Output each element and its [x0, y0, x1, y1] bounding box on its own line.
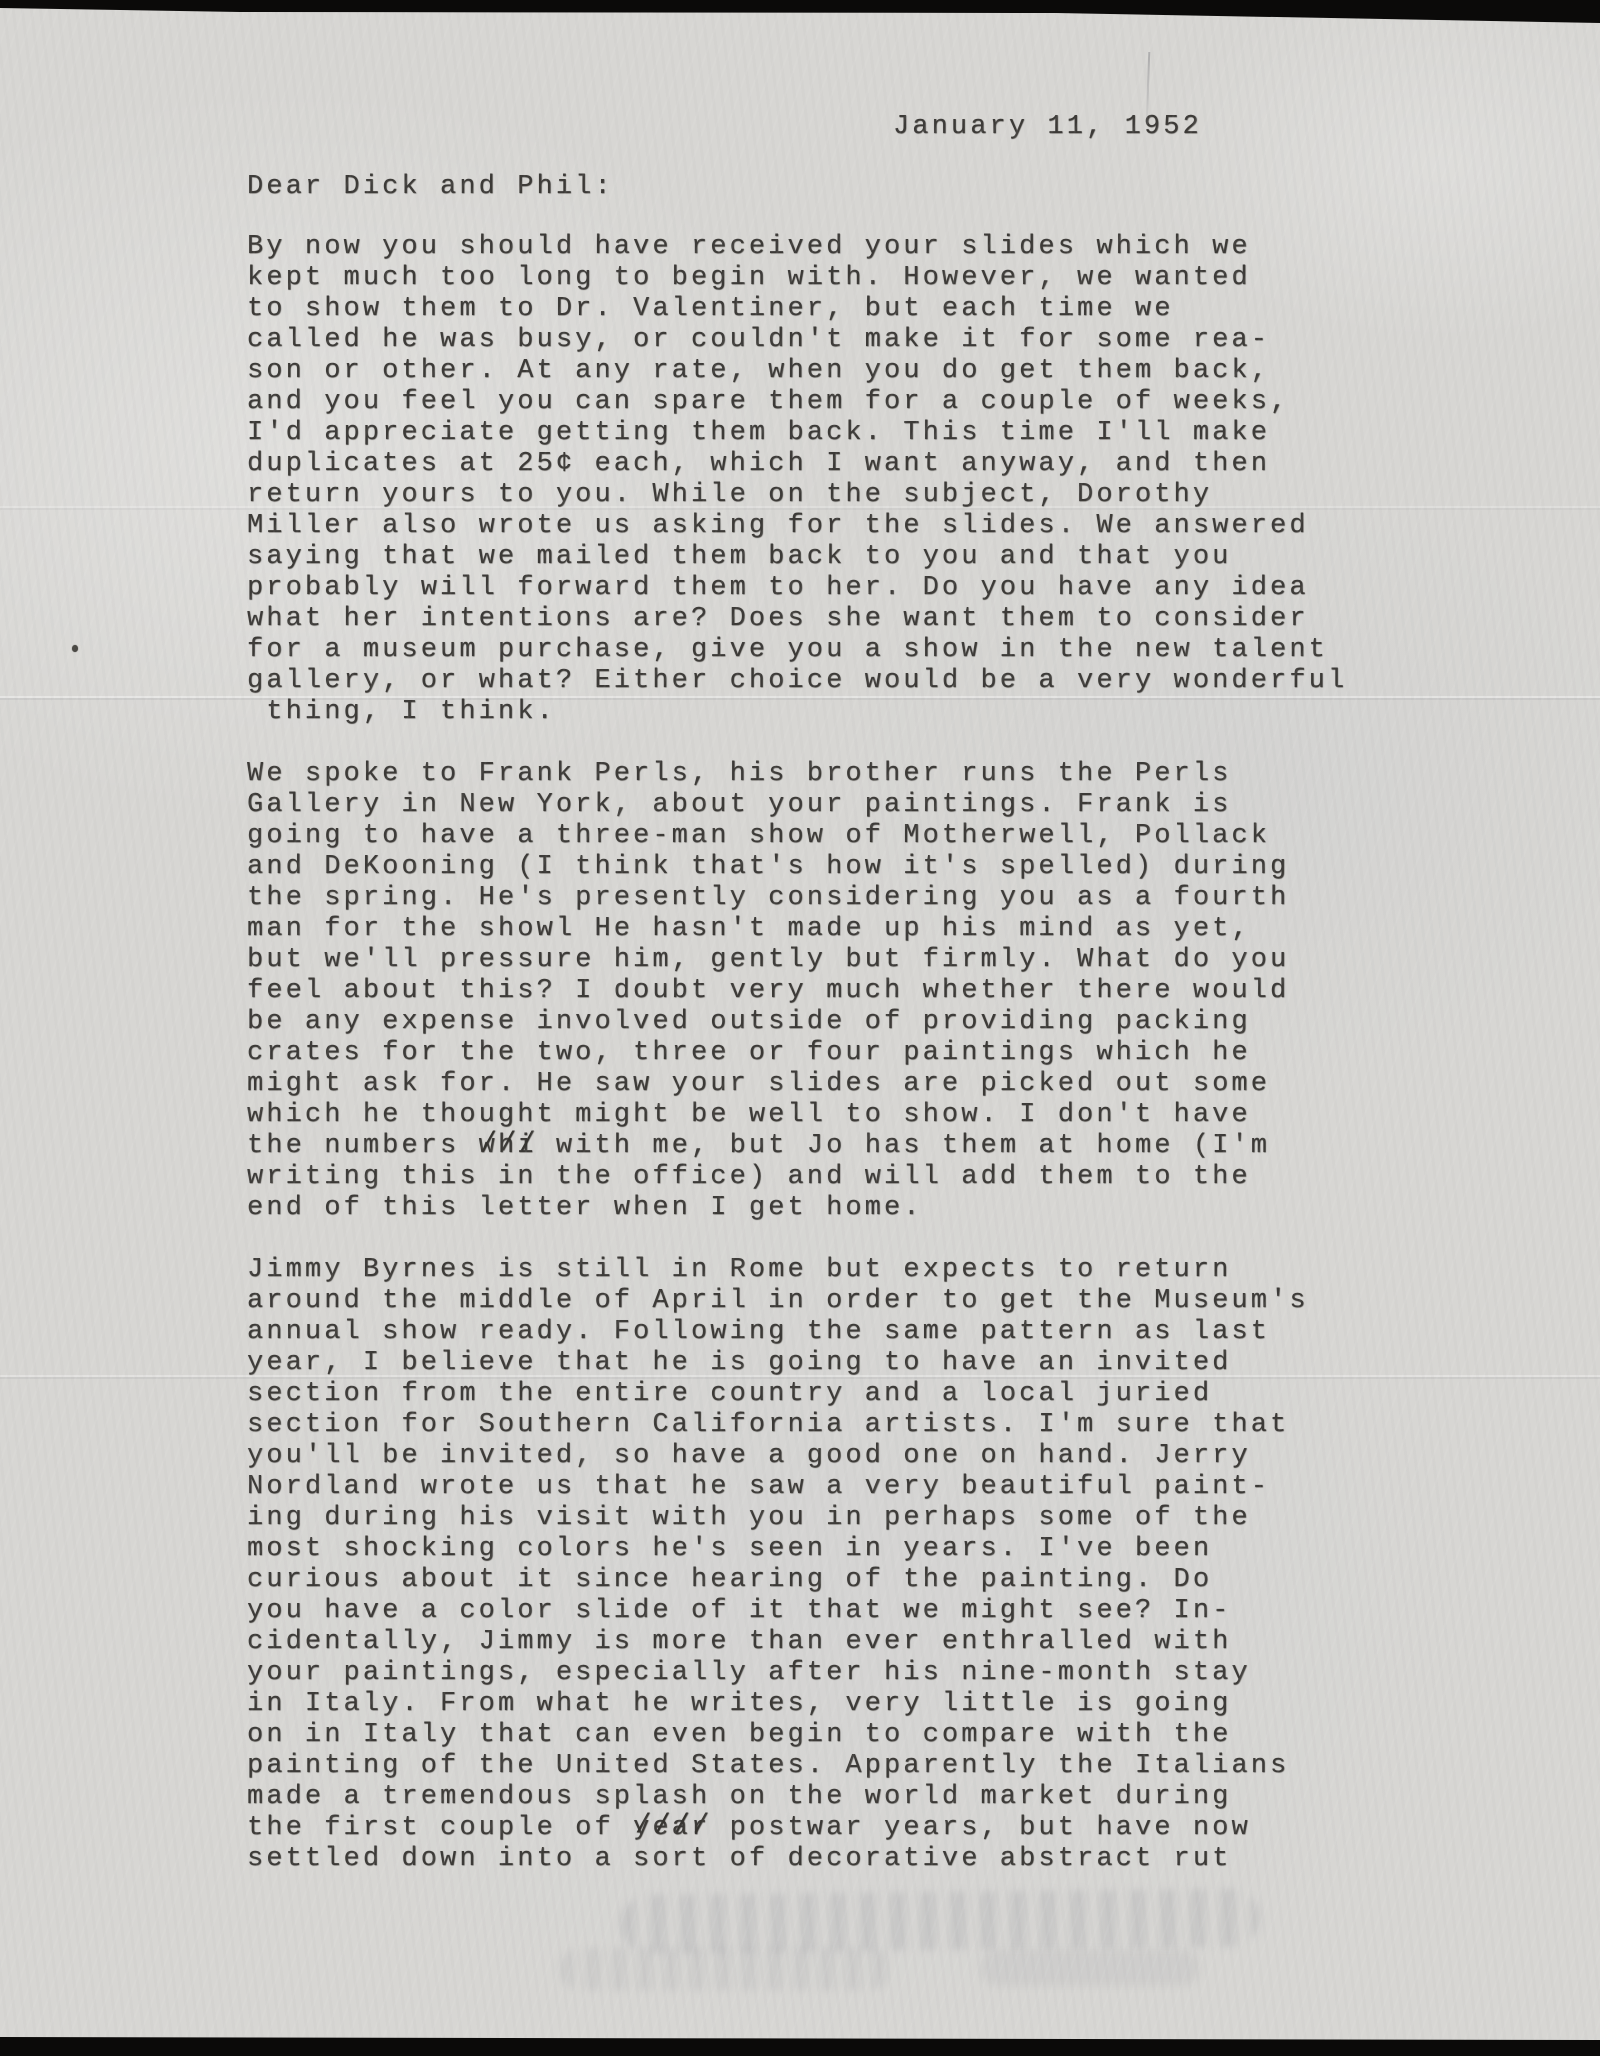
bleed-through-smudge: [980, 1950, 1200, 1986]
letter-line: most shocking colors he's seen in years.…: [247, 1534, 1309, 1565]
letter-line: might ask for. He saw your slides are pi…: [247, 1069, 1289, 1100]
ink-speck: [72, 645, 78, 652]
letter-line: which he thought might be well to show. …: [247, 1100, 1289, 1131]
letter-line: return yours to you. While on the subjec…: [247, 480, 1347, 511]
letter-line: gallery, or what? Either choice would be…: [247, 666, 1347, 697]
letter-line: be any expense involved outside of provi…: [247, 1007, 1289, 1038]
letter-line: cidentally, Jimmy is more than ever enth…: [247, 1627, 1309, 1658]
bleed-through-smudge: [620, 1889, 1261, 1954]
letter-line: kept much too long to begin with. Howeve…: [247, 263, 1347, 294]
letter-line: going to have a three-man show of Mother…: [247, 821, 1289, 852]
scanned-letter: January 11, 1952 Dear Dick and Phil: By …: [0, 0, 1600, 2056]
paragraph-3: Jimmy Byrnes is still in Rome but expect…: [247, 1255, 1309, 1875]
letter-line: for a museum purchase, give you a show i…: [247, 635, 1347, 666]
letter-paper: January 11, 1952 Dear Dick and Phil: By …: [0, 0, 1600, 2056]
letter-line: section from the entire country and a lo…: [247, 1379, 1309, 1410]
letter-line: but we'll pressure him, gently but firml…: [247, 945, 1289, 976]
letter-line: year, I believe that he is going to have…: [247, 1348, 1309, 1379]
letter-line: and you feel you can spare them for a co…: [247, 387, 1347, 418]
letter-line: duplicates at 25¢ each, which I want any…: [247, 449, 1347, 480]
letter-salutation: Dear Dick and Phil:: [247, 172, 614, 203]
letter-line: crates for the two, three or four painti…: [247, 1038, 1289, 1069]
letter-line: painting of the United States. Apparentl…: [247, 1751, 1309, 1782]
paragraph-2: We spoke to Frank Perls, his brother run…: [247, 759, 1289, 1224]
letter-line: and DeKooning (I think that's how it's s…: [247, 852, 1289, 883]
letter-line: section for Southern California artists.…: [247, 1410, 1309, 1441]
letter-line: ing during his visit with you in perhaps…: [247, 1503, 1309, 1534]
letter-line: you'll be invited, so have a good one on…: [247, 1441, 1309, 1472]
letter-line: man for the showl He hasn't made up his …: [247, 914, 1289, 945]
overstruck-word: year: [633, 1813, 710, 1844]
letter-line: around the middle of April in order to g…: [247, 1286, 1309, 1317]
letter-line: annual show ready. Following the same pa…: [247, 1317, 1309, 1348]
letter-line: writing this in the office) and will add…: [247, 1162, 1289, 1193]
letter-line: on in Italy that can even begin to compa…: [247, 1720, 1309, 1751]
letter-line: I'd appreciate getting them back. This t…: [247, 418, 1347, 449]
letter-line: Nordland wrote us that he saw a very bea…: [247, 1472, 1309, 1503]
letter-line: what her intentions are? Does she want t…: [247, 604, 1347, 635]
letter-line: the first couple of year postwar years, …: [247, 1813, 1309, 1844]
letter-line: Jimmy Byrnes is still in Rome but expect…: [247, 1255, 1309, 1286]
letter-line: in Italy. From what he writes, very litt…: [247, 1689, 1309, 1720]
letter-line: you have a color slide of it that we mig…: [247, 1596, 1309, 1627]
letter-line: By now you should have received your sli…: [247, 232, 1347, 263]
letter-line: We spoke to Frank Perls, his brother run…: [247, 759, 1289, 790]
bleed-through-smudge: [560, 1948, 890, 1990]
letter-line: the spring. He's presently considering y…: [247, 883, 1289, 914]
letter-line: thing, I think.: [247, 697, 1347, 728]
letter-line: feel about this? I doubt very much wheth…: [247, 976, 1289, 1007]
letter-line: end of this letter when I get home.: [247, 1193, 1289, 1224]
letter-line: Gallery in New York, about your painting…: [247, 790, 1289, 821]
letter-line: Miller also wrote us asking for the slid…: [247, 511, 1347, 542]
letter-date: January 11, 1952: [893, 112, 1202, 143]
letter-line: son or other. At any rate, when you do g…: [247, 356, 1347, 387]
letter-line: saying that we mailed them back to you a…: [247, 542, 1347, 573]
letter-line: called he was busy, or couldn't make it …: [247, 325, 1347, 356]
letter-line: probably will forward them to her. Do yo…: [247, 573, 1347, 604]
overstruck-word: whi: [479, 1131, 537, 1162]
letter-line: to show them to Dr. Valentiner, but each…: [247, 294, 1347, 325]
paragraph-1: By now you should have received your sli…: [247, 232, 1347, 728]
letter-line: the numbers whi with me, but Jo has them…: [247, 1131, 1289, 1162]
letter-line: curious about it since hearing of the pa…: [247, 1565, 1309, 1596]
letter-line: your paintings, especially after his nin…: [247, 1658, 1309, 1689]
letter-line: settled down into a sort of decorative a…: [247, 1844, 1309, 1875]
letter-line: made a tremendous splash on the world ma…: [247, 1782, 1309, 1813]
